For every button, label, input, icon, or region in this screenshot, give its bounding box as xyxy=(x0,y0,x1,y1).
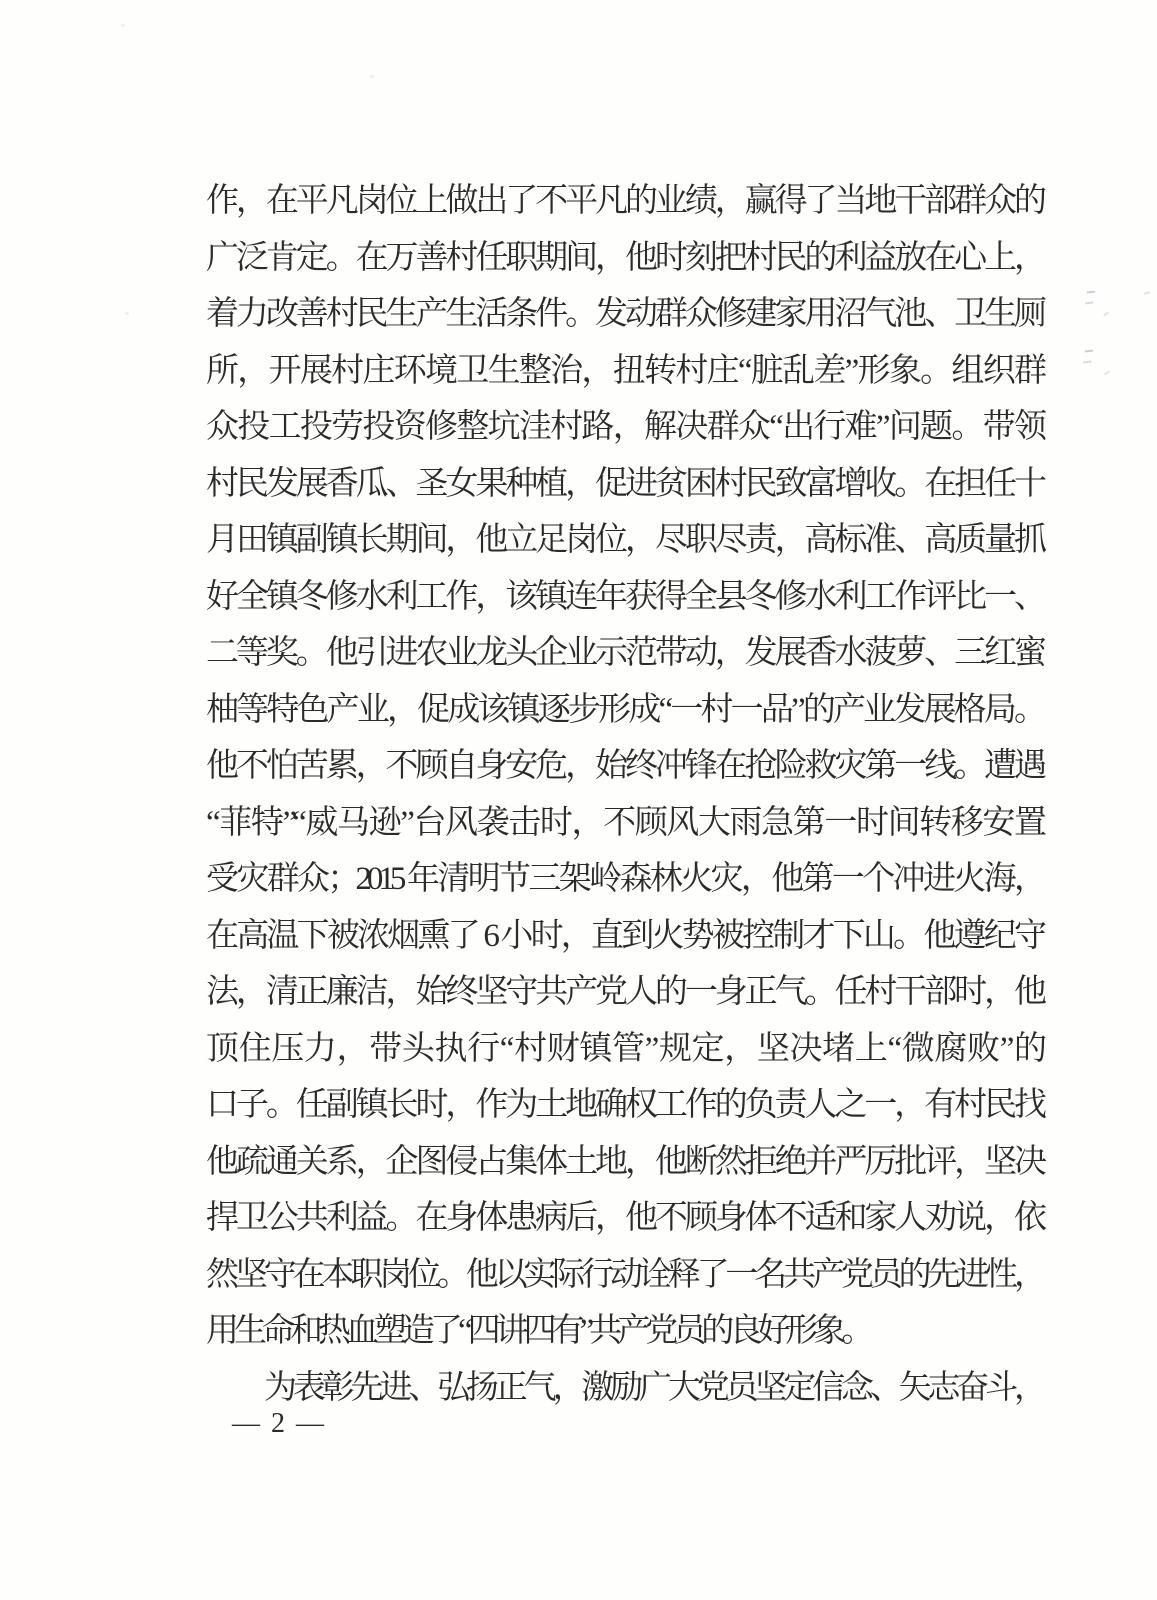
text-line: 口子。任副镇长时，作为土地确权工作的负责人之一，有村民找 xyxy=(206,1077,1042,1134)
text-line: 村民发展香瓜、圣女果种植，促进贫困村民致富增收。在担任十 xyxy=(206,456,1042,513)
text-line: 月田镇副镇长期间，他立足岗位，尽职尽责，高标准、高质量抓 xyxy=(206,512,1042,569)
text-line: 所，开展村庄环境卫生整治，扭转村庄“脏乱差”形象。组织群 xyxy=(206,343,1042,400)
text-line: 顶住压力，带头执行“村财镇管”规定，坚决堵上“微腐败”的 xyxy=(206,1021,1042,1078)
scan-artifact xyxy=(1103,311,1109,316)
scan-artifact xyxy=(1104,370,1110,375)
page-number: — 2 — xyxy=(232,1408,326,1440)
scan-artifact xyxy=(1144,291,1150,294)
text-line: 广泛肯定。在万善村任职期间，他时刻把村民的利益放在心上， xyxy=(206,230,1042,287)
text-line: 法，清正廉洁，始终坚守共产党人的一身正气。任村干部时，他 xyxy=(206,964,1042,1021)
text-line: 二等奖。他引进农业龙头企业示范带动，发展香水菠萝、三红蜜 xyxy=(206,625,1042,682)
document-page: 作，在平凡岗位上做出了不平凡的业绩，赢得了当地干部群众的广泛肯定。在万善村任职期… xyxy=(0,0,1157,1600)
text-line: 好全镇冬修水利工作，该镇连年获得全县冬修水利工作评比一、 xyxy=(206,569,1042,626)
scan-artifact xyxy=(1083,350,1093,364)
text-line: 在高温下被浓烟熏了 6 小时，直到火势被控制才下山。他遵纪守 xyxy=(206,908,1042,965)
text-line: 着力改善村民生产生活条件。发动群众修建家用沼气池、卫生厕 xyxy=(206,286,1042,343)
text-line: 受灾群众；2015 年清明节三架岭森林火灾，他第一个冲进火海， xyxy=(206,851,1042,908)
text-line: 用生命和热血塑造了“四讲四有”共产党员的良好形象。 xyxy=(206,1303,1042,1360)
text-line: 柚等特色产业，促成该镇逐步形成“一村一品”的产业发展格局。 xyxy=(206,682,1042,739)
text-line: 众投工投劳投资修整坑洼村路，解决群众“出行难”问题。带领 xyxy=(206,399,1042,456)
text-line: 作，在平凡岗位上做出了不平凡的业绩，赢得了当地干部群众的 xyxy=(206,173,1042,230)
document-body: 作，在平凡岗位上做出了不平凡的业绩，赢得了当地干部群众的广泛肯定。在万善村任职期… xyxy=(206,173,1042,1416)
scan-speck xyxy=(125,312,129,315)
scan-artifact xyxy=(1085,291,1095,305)
text-line: 捍卫公共利益。在身体患病后，他不顾身体不适和家人劝说，依 xyxy=(206,1190,1042,1247)
text-line: 然坚守在本职岗位。他以实际行动诠释了一名共产党员的先进性， xyxy=(206,1247,1042,1304)
scan-speck xyxy=(370,75,374,78)
text-line: 他不怕苦累，不顾自身安危，始终冲锋在抢险救灾第一线。遭遇 xyxy=(206,738,1042,795)
text-line: 为表彰先进、弘扬正气，激励广大党员坚定信念、矢志奋斗， xyxy=(206,1360,1042,1417)
text-line: 他疏通关系，企图侵占集体土地，他断然拒绝并严厉批评，坚决 xyxy=(206,1134,1042,1191)
scan-speck xyxy=(121,24,125,27)
text-line: “菲特”“威马逊”台风袭击时，不顾风大雨急第一时间转移安置 xyxy=(206,795,1042,852)
